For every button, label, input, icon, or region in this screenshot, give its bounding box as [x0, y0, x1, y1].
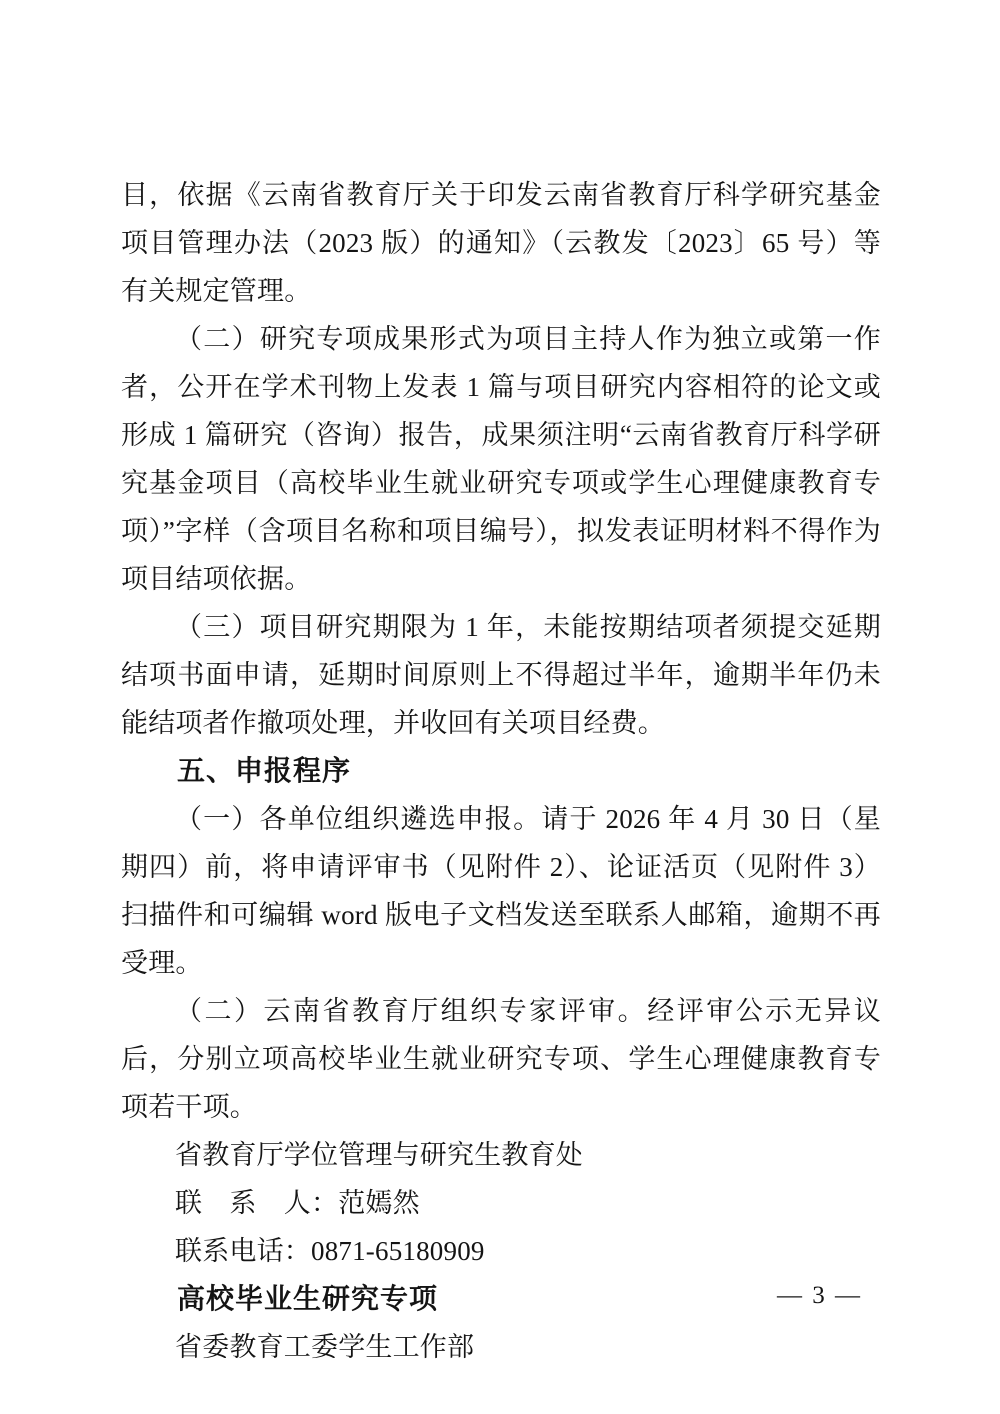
paragraph-continuation-management-rules: 目，依据《云南省教育厅关于印发云南省教育厅科学研究基金项目管理办法（2023 版…: [121, 171, 881, 315]
paragraph-item-1-selection-deadline: （一）各单位组织遴选申报。请于 2026 年 4 月 30 日（星期四）前，将申…: [121, 795, 881, 987]
paragraph-department-degree-office: 省教育厅学位管理与研究生教育处: [121, 1131, 881, 1179]
paragraph-item-2-output-requirements: （二）研究专项成果形式为项目主持人作为独立或第一作者，公开在学术刊物上发表 1 …: [121, 315, 881, 603]
document-page: 目，依据《云南省教育厅关于印发云南省教育厅科学研究基金项目管理办法（2023 版…: [0, 0, 1000, 1414]
section-heading-graduate-special-project: 高校毕业生研究专项: [121, 1275, 881, 1323]
paragraph-item-3-research-period: （三）项目研究期限为 1 年，未能按期结项者须提交延期结项书面申请，延期时间原则…: [121, 603, 881, 747]
paragraph-contact-person: 联 系 人：范嫣然: [121, 1179, 881, 1227]
document-body: 目，依据《云南省教育厅关于印发云南省教育厅科学研究基金项目管理办法（2023 版…: [121, 171, 881, 1371]
paragraph-student-work-department: 省委教育工委学生工作部: [121, 1323, 881, 1371]
paragraph-item-2-expert-review: （二）云南省教育厅组织专家评审。经评审公示无异议后，分别立项高校毕业生就业研究专…: [121, 987, 881, 1131]
section-heading-application-procedure: 五、申报程序: [121, 747, 881, 795]
paragraph-contact-phone: 联系电话：0871-65180909: [121, 1227, 881, 1275]
page-number: — 3 —: [777, 1281, 862, 1311]
